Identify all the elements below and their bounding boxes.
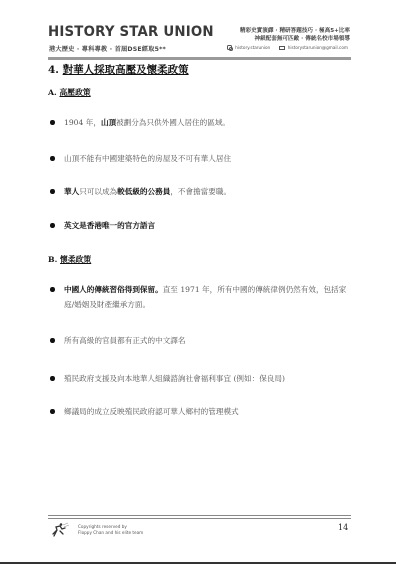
subsection-title: 懷柔政策 xyxy=(60,255,91,264)
tagline-line-1: 精彩史實演繹 · 精研答題技巧 · 極高5+比率 xyxy=(240,27,350,35)
bullet-icon xyxy=(50,189,55,194)
copyright-line-2: Floppy Chan and his elite team xyxy=(78,530,143,536)
bullet-icon xyxy=(50,223,55,228)
instagram-contact: history.starunion xyxy=(227,45,270,50)
footer-divider xyxy=(48,515,351,519)
list-item: 鄉議局的成立反映殖民政府認可華人鄉村的管理模式 xyxy=(48,404,354,419)
email-address: historystarunion@gmail.com xyxy=(288,45,348,50)
subsection-title: 高壓政策 xyxy=(59,88,90,97)
brand-subtitle: 港大歷史 · 專科專教 · 首屆DSE經取5** xyxy=(49,44,166,53)
runner-logo-icon xyxy=(50,522,70,538)
page-number: 14 xyxy=(338,523,348,532)
subsection-letter: A. xyxy=(48,88,57,97)
header-divider xyxy=(48,57,351,60)
section-number: 4. xyxy=(48,64,59,76)
list-item: 華人只可以成為較低級的公務員，不會擔當要職。 xyxy=(48,184,354,199)
bullet-icon xyxy=(50,120,55,125)
email-contact: historystarunion@gmail.com xyxy=(279,45,348,50)
list-item: 中國人的傳統習俗得到保留。直至 1971 年，所有中國的傳統律例仍然有效，包括家… xyxy=(48,282,354,312)
list-item: 英文是香港唯一的官方語言 xyxy=(48,218,354,233)
bullet-icon xyxy=(50,287,55,292)
section-title: 對華人採取高壓及懷柔政策 xyxy=(63,64,189,76)
list-item: 山頂不能有中國建築特色的房屋及不可有華人居住 xyxy=(48,151,354,166)
contact-info: history.starunion historystarunion@gmail… xyxy=(227,45,348,50)
list-item: 殖民政府支援及向本地華人組織諮詢社會福利事宜 (例如：保良局) xyxy=(48,371,354,386)
copyright-notice: Copyrights reserved by Floppy Chan and h… xyxy=(78,524,143,536)
section-heading: 4. 對華人採取高壓及懷柔政策 xyxy=(48,63,189,77)
subsection-a-heading: A. 高壓政策 xyxy=(48,88,91,98)
document-page: HISTORY STAR UNION 港大歷史 · 專科專教 · 首屆DSE經取… xyxy=(0,0,396,562)
subsection-letter: B. xyxy=(48,255,57,264)
bullet-icon xyxy=(50,376,55,381)
bullet-icon xyxy=(50,156,55,161)
instagram-icon xyxy=(227,45,232,50)
list-item: 所有高級的官員都有正式的中文譯名 xyxy=(48,333,354,348)
brand-title: HISTORY STAR UNION xyxy=(48,24,214,40)
page-header: HISTORY STAR UNION 港大歷史 · 專科專教 · 首屆DSE經取… xyxy=(48,24,350,56)
list-item: 1904 年，山頂被劃分為只供外國人居住的區域。 xyxy=(48,115,354,130)
instagram-handle: history.starunion xyxy=(235,45,270,50)
subsection-b-heading: B. 懷柔政策 xyxy=(48,255,91,265)
tagline-line-2: 神級配套無可匹敵 · 傳統名校市場領導 xyxy=(254,35,350,43)
bullet-icon xyxy=(50,409,55,414)
mail-icon xyxy=(279,46,285,50)
bullet-icon xyxy=(50,338,55,343)
